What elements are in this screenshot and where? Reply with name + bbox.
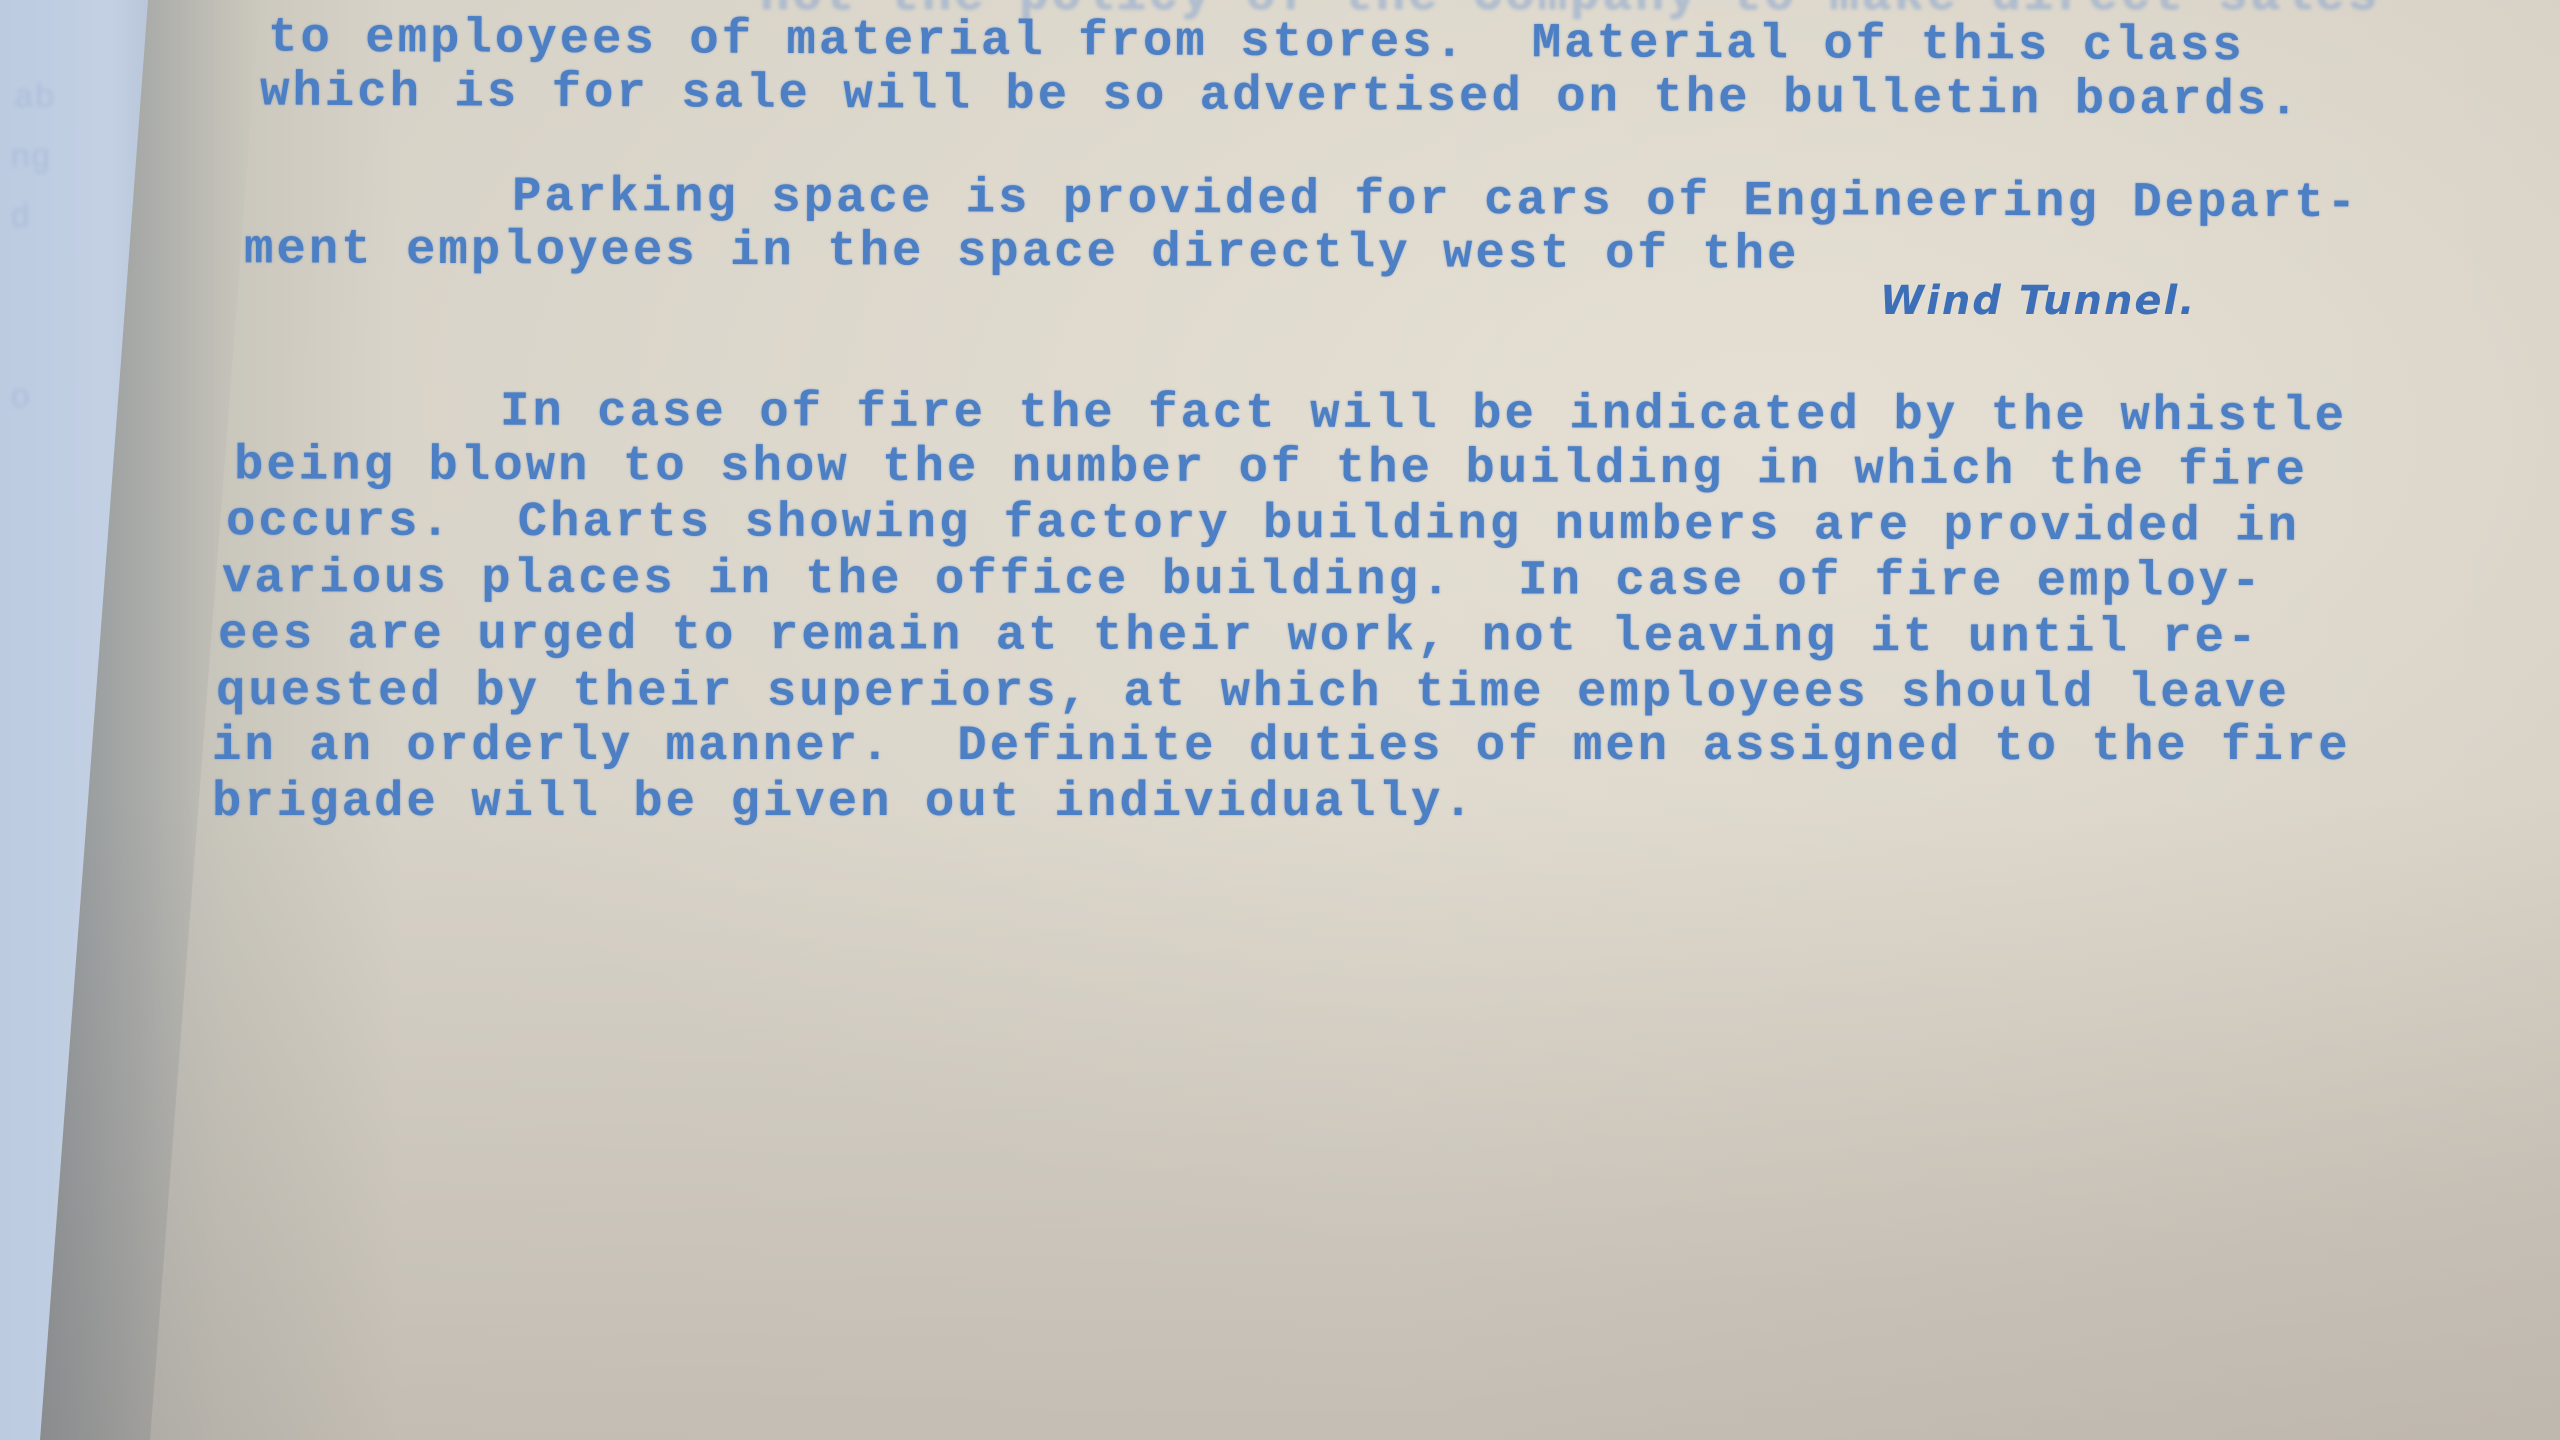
paragraph-3-line-2: being blown to show the number of the bu…	[234, 437, 2308, 498]
paragraph-3-line-1: In case of fire the fact will be indicat…	[500, 384, 2347, 445]
bleed-through-mark: o	[10, 380, 30, 418]
handwritten-insert: Wind Tunnel.	[1880, 278, 2196, 324]
paragraph-1-line-2: which is for sale will be so advertised …	[260, 64, 2302, 129]
typewritten-page: not the policy of the Company to make di…	[0, 0, 2560, 1440]
paragraph-2-line-1: Parking space is provided for cars of En…	[512, 169, 2359, 231]
paragraph-3-line-5: ees are urged to remain at their work, n…	[218, 606, 2260, 666]
paragraph-3-line-6: quested by their superiors, at which tim…	[216, 663, 2290, 721]
paragraph-3-line-4: various places in the office building. I…	[222, 550, 2264, 610]
bleed-through-mark: ab	[14, 80, 55, 118]
paragraph-2-line-2: ment employees in the space directly wes…	[244, 221, 1800, 282]
bleed-through-mark: d	[10, 200, 30, 238]
bleed-through-mark: ng	[10, 140, 51, 178]
paragraph-3-line-3: occurs. Charts showing factory building …	[226, 493, 2300, 554]
paragraph-3-line-7: in an orderly manner. Definite duties of…	[212, 718, 2351, 774]
paragraph-3-line-8: brigade will be given out individually.	[212, 774, 1476, 830]
